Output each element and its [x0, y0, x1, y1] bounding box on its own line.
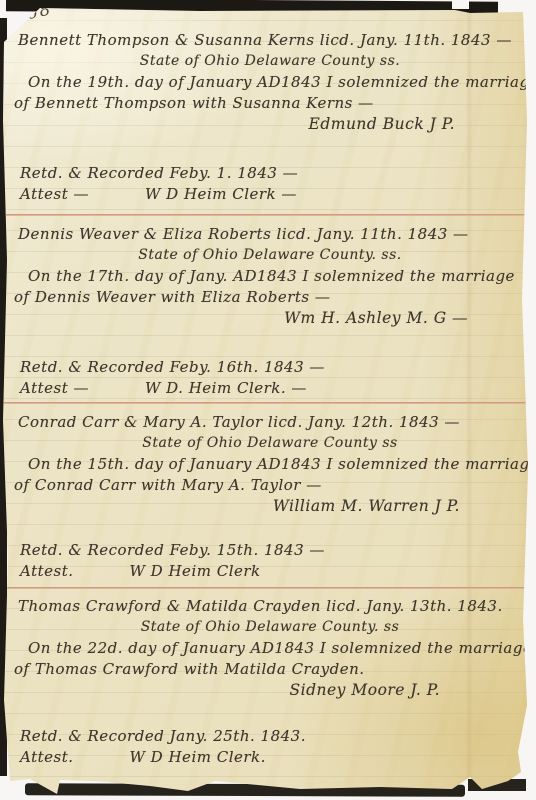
returned-recorded-line: Retd. & Recorded Feby. 16th. 1843 — [20, 357, 520, 378]
attest-label: Attest — [20, 379, 89, 397]
solemnization-line-2: of Bennett Thompson with Susanna Kerns — [14, 93, 520, 114]
attest-label: Attest. [20, 562, 74, 580]
solemnization-line-1: On the 19th. day of January AD1843 I sol… [28, 72, 520, 93]
officiant-signature: Wm H. Ashley M. G — [0, 308, 520, 329]
state-county-line: State of Ohio Delaware County ss [0, 433, 520, 454]
ledger-page: 368 Bennett Thompson & Susanna Kerns lic… [0, 0, 536, 800]
attest-line: Attest —W D. Heim Clerk. — [20, 378, 520, 399]
red-divider-rule [2, 402, 530, 404]
marriage-entry-1: Bennett Thompson & Susanna Kerns licd. J… [0, 30, 520, 135]
clerk-signature: W D. Heim Clerk. — [145, 379, 307, 397]
solemnization-line-1: On the 15th. day of January AD1843 I sol… [28, 454, 520, 475]
license-line: Thomas Crawford & Matilda Crayden licd. … [18, 596, 520, 617]
officiant-signature: Edmund Buck J P. [0, 114, 520, 135]
red-divider-rule [2, 214, 530, 216]
license-line: Dennis Weaver & Eliza Roberts licd. Jany… [18, 224, 520, 245]
attest-line: Attest —W D Heim Clerk — [20, 184, 520, 205]
solemnization-line-2: of Thomas Crawford with Matilda Crayden. [14, 659, 520, 680]
marriage-entry-3: Conrad Carr & Mary A. Taylor licd. Jany.… [0, 412, 520, 517]
marriage-entry-1-record: Retd. & Recorded Feby. 1. 1843 — Attest … [0, 163, 520, 205]
solemnization-line-2: of Dennis Weaver with Eliza Roberts — [14, 287, 520, 308]
red-divider-rule [2, 587, 530, 589]
state-county-line: State of Ohio Delaware County. ss [0, 617, 520, 638]
returned-recorded-line: Retd. & Recorded Feby. 15th. 1843 — [20, 540, 520, 561]
attest-line: Attest.W D Heim Clerk [20, 561, 520, 582]
solemnization-line-1: On the 17th. day of Jany. AD1843 I solem… [28, 266, 520, 287]
binding-edge-gap [452, 0, 469, 9]
marriage-entry-4-record: Retd. & Recorded Jany. 25th. 1843. Attes… [0, 726, 520, 768]
marriage-entry-4: Thomas Crawford & Matilda Crayden licd. … [0, 596, 520, 701]
clerk-signature: W D Heim Clerk — [145, 185, 297, 203]
state-county-line: State of Ohio Delaware County ss. [0, 51, 520, 72]
license-line: Conrad Carr & Mary A. Taylor licd. Jany.… [18, 412, 520, 433]
license-line: Bennett Thompson & Susanna Kerns licd. J… [18, 30, 520, 51]
clerk-signature: W D Heim Clerk. [130, 748, 266, 766]
officiant-signature: William M. Warren J P. [0, 496, 520, 517]
attest-label: Attest — [20, 185, 89, 203]
officiant-signature: Sidney Moore J. P. [0, 680, 520, 701]
returned-recorded-line: Retd. & Recorded Feby. 1. 1843 — [20, 163, 520, 184]
attest-line: Attest.W D Heim Clerk. [20, 747, 520, 768]
state-county-line: State of Ohio Delaware County. ss. [0, 245, 520, 266]
solemnization-line-2: of Conrad Carr with Mary A. Taylor — [14, 475, 520, 496]
attest-label: Attest. [20, 748, 74, 766]
solemnization-line-1: On the 22d. day of January AD1843 I sole… [28, 638, 520, 659]
returned-recorded-line: Retd. & Recorded Jany. 25th. 1843. [20, 726, 520, 747]
clerk-signature: W D Heim Clerk [130, 562, 261, 580]
marriage-entry-2: Dennis Weaver & Eliza Roberts licd. Jany… [0, 224, 520, 329]
marriage-entry-2-record: Retd. & Recorded Feby. 16th. 1843 — Atte… [0, 357, 520, 399]
marriage-entry-3-record: Retd. & Recorded Feby. 15th. 1843 — Atte… [0, 540, 520, 582]
scanned-ledger-photo: 368 Bennett Thompson & Susanna Kerns lic… [0, 0, 536, 800]
